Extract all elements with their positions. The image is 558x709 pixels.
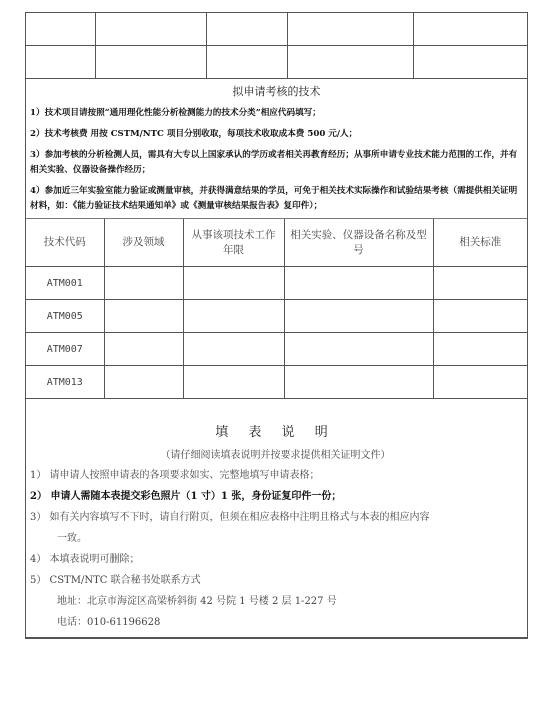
field-cell[interactable]	[104, 300, 183, 333]
header-field: 涉及领域	[104, 219, 183, 267]
instruction-3: 3） 如有关内容填写不下时，请自行附页，但须在相应表格中注明且格式与本表的相应内…	[30, 507, 521, 528]
blank-cell[interactable]	[288, 46, 414, 78]
equipment-cell[interactable]	[284, 300, 433, 333]
header-years: 从事该项技术工作年限	[183, 219, 284, 267]
years-cell[interactable]	[183, 267, 284, 300]
blank-row-2	[26, 46, 527, 79]
header-equipment: 相关实验、仪器设备名称及型号	[284, 219, 433, 267]
table-row: ATM001	[26, 267, 527, 300]
tech-code: ATM013	[26, 366, 104, 399]
instruction-5: 5） CSTM/NTC 联合秘书处联系方式	[30, 570, 521, 591]
instruction-3-cont: 一致。	[30, 528, 521, 549]
standards-cell[interactable]	[433, 300, 527, 333]
rule-3: 3）参加考核的分析检测人员，需具有大专以上国家承认的学历或者相关再教育经历；从事…	[26, 146, 527, 182]
field-cell[interactable]	[104, 267, 183, 300]
tech-code: ATM007	[26, 333, 104, 366]
instructions-section: 填 表 说 明 （请仔细阅读填表说明并按要求提供相关证明文件） 1） 请申请人按…	[26, 398, 527, 637]
field-cell[interactable]	[104, 366, 183, 399]
table-row: ATM007	[26, 333, 527, 366]
years-cell[interactable]	[183, 300, 284, 333]
blank-cell[interactable]	[288, 13, 414, 45]
blank-cell[interactable]	[26, 46, 96, 78]
instruction-1: 1） 请申请人按照申请表的各项要求如实、完整地填写申请表格；	[30, 465, 521, 486]
header-standards: 相关标准	[433, 219, 527, 267]
blank-cell[interactable]	[96, 46, 207, 78]
contact-address: 地址：北京市海淀区高梁桥斜街 42 号院 1 号楼 2 层 1-227 号	[30, 591, 521, 612]
blank-cell[interactable]	[26, 13, 96, 45]
application-form: 拟申请考核的技术 1）技术项目请按照“通用理化性能分析检测能力的技术分类”相应代…	[25, 12, 528, 639]
table-header-row: 技术代码 涉及领域 从事该项技术工作年限 相关实验、仪器设备名称及型号 相关标准	[26, 219, 527, 267]
rule-2: 2）技术考核费 用按 CSTM/NTC 项目分别收取，每项技术收取成本费 500…	[26, 125, 527, 146]
blank-cell[interactable]	[207, 46, 288, 78]
section-title: 拟申请考核的技术	[26, 79, 527, 104]
instruction-2: 2） 申请人需随本表提交彩色照片（1 寸）1 张，身份证复印件一份；	[30, 486, 521, 507]
table-row: ATM013	[26, 366, 527, 399]
instructions-title: 填 表 说 明	[30, 421, 521, 440]
blank-cell[interactable]	[207, 13, 288, 45]
tech-code: ATM005	[26, 300, 104, 333]
blank-row-1	[26, 13, 527, 46]
standards-cell[interactable]	[433, 366, 527, 399]
equipment-cell[interactable]	[284, 267, 433, 300]
contact-phone: 电话：010-61196628	[30, 612, 521, 633]
table-row: ATM005	[26, 300, 527, 333]
blank-cell[interactable]	[414, 13, 527, 45]
tech-section: 拟申请考核的技术 1）技术项目请按照“通用理化性能分析检测能力的技术分类”相应代…	[26, 79, 527, 219]
instructions-subtitle: （请仔细阅读填表说明并按要求提供相关证明文件）	[30, 446, 521, 461]
instruction-4: 4） 本填表说明可删除；	[30, 549, 521, 570]
years-cell[interactable]	[183, 366, 284, 399]
blank-cell[interactable]	[414, 46, 527, 78]
equipment-cell[interactable]	[284, 333, 433, 366]
tech-code: ATM001	[26, 267, 104, 300]
blank-cell[interactable]	[96, 13, 207, 45]
equipment-cell[interactable]	[284, 366, 433, 399]
standards-cell[interactable]	[433, 333, 527, 366]
field-cell[interactable]	[104, 333, 183, 366]
rule-4: 4）参加近三年实验室能力验证或测量审核，并获得满意结果的学员，可免于相关技术实际…	[26, 182, 527, 218]
years-cell[interactable]	[183, 333, 284, 366]
rule-1: 1）技术项目请按照“通用理化性能分析检测能力的技术分类”相应代码填写；	[26, 104, 527, 125]
tech-table: 技术代码 涉及领域 从事该项技术工作年限 相关实验、仪器设备名称及型号 相关标准…	[26, 219, 527, 398]
standards-cell[interactable]	[433, 267, 527, 300]
header-tech-code: 技术代码	[26, 219, 104, 267]
